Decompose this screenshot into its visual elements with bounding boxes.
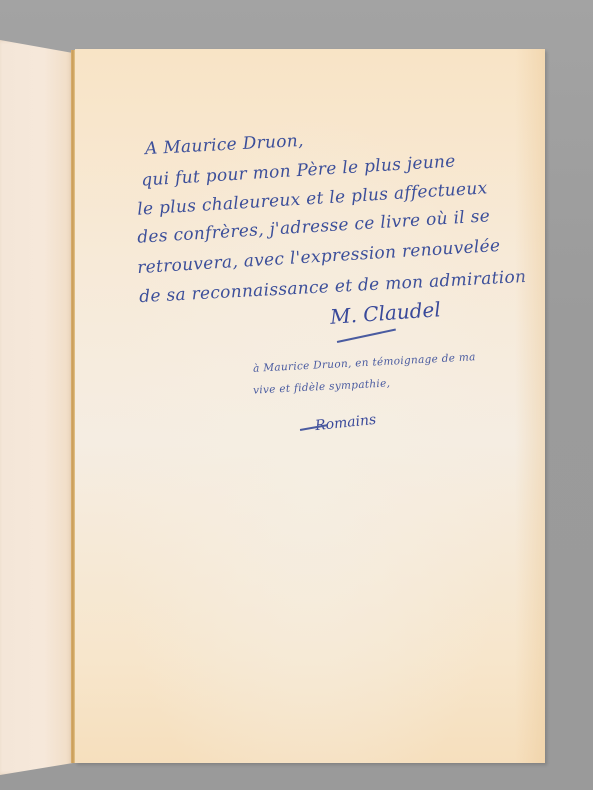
left-page (0, 40, 73, 775)
dedication-1-line-1: A Maurice Druon, (145, 131, 305, 159)
dedication-2-line-2: vive et fidèle sympathie, (253, 377, 391, 396)
right-page: A Maurice Druon, qui fut pour mon Père l… (75, 49, 545, 763)
signature-2: Romains (314, 412, 377, 434)
signature-1-underline (337, 329, 396, 343)
dedication-2-line-1: à Maurice Druon, en témoignage de ma (253, 351, 476, 375)
signature-1: M. Claudel (329, 297, 441, 329)
